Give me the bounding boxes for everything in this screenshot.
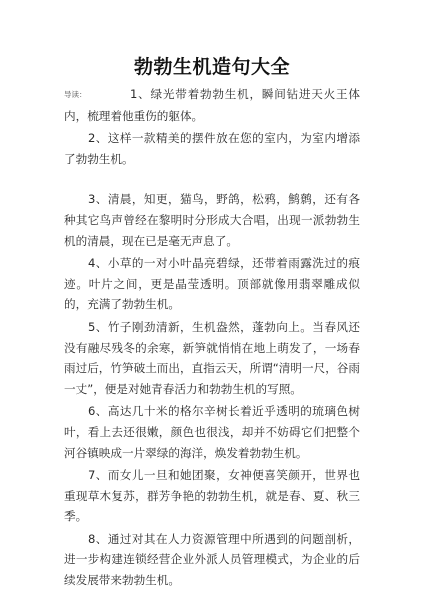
document-title: 勃勃生机造句大全 (0, 52, 424, 79)
paragraph-8: 8、通过对其在人力资源管理中所遇到的问题剖析，进一步构建连锁经营企业外派人员管理… (64, 529, 360, 591)
document-page: 勃勃生机造句大全 导读：1、绿光带着勃勃生机，瞬间钻进天火王体内，梳理着他重伤的… (0, 0, 424, 600)
paragraph-6: 6、高达几十米的格尔辛树长着近乎透明的琉璃色树叶，看上去还很嫩，颜色也很浅，却并… (64, 401, 360, 463)
lead-label: 导读： (64, 85, 116, 106)
paragraph-3: 3、清晨，知更，猫鸟，野鸽，松鸦，鹪鹩，还有各种其它鸟声曾经在黎明时分形成大合唱… (64, 189, 360, 251)
document-body: 导读：1、绿光带着勃勃生机，瞬间钻进天火王体内，梳理着他重伤的躯体。 2、这样一… (64, 84, 360, 593)
paragraph-2: 2、这样一款精美的摆件放在您的室内，为室内增添了勃勃生机。 (64, 128, 360, 169)
spacer (64, 171, 360, 189)
paragraph-4: 4、小草的一对小叶晶亮碧绿，还带着雨露洗过的痕迹。叶片之间，更是晶莹透明。顶部就… (64, 253, 360, 315)
paragraph-5: 5、竹子刚劲清新，生机盎然，蓬勃向上。当春风还没有融尽残冬的余寒，新笋就悄悄在地… (64, 317, 360, 399)
paragraph-7: 7、而女儿一旦和她团聚，女神便喜笑颜开，世界也重现草木复苏，群芳争艳的勃勃生机，… (64, 465, 360, 527)
paragraph-1: 导读：1、绿光带着勃勃生机，瞬间钻进天火王体内，梳理着他重伤的躯体。 (64, 84, 360, 126)
